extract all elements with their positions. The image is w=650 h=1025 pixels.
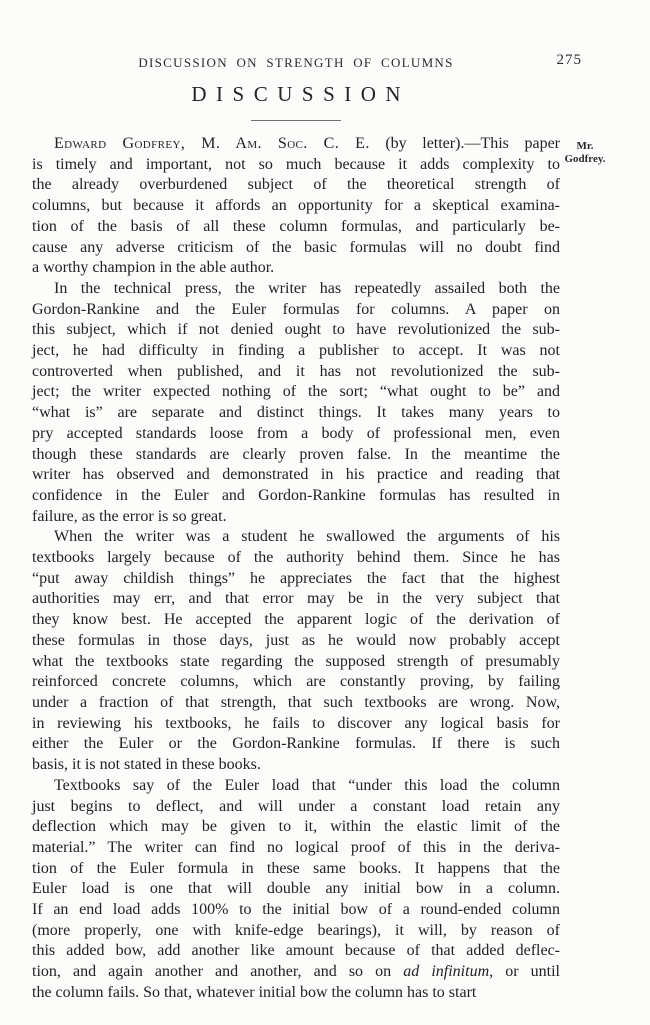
paragraph: Edward Godfrey, M. Am. Soc. C. E. (by le… [32,134,560,279]
text-line: just begins to deflect, and will under a… [32,797,560,818]
text-segment: in reviewing his textbooks, he fails to … [32,715,560,732]
text-line: Textbooks say of the Euler load that “un… [32,776,560,797]
text-segment: or until [493,963,560,980]
text-segment: pry accepted standards loose from a body… [32,425,560,442]
title-rule [251,120,341,121]
text-segment: textbooks largely because of the authori… [32,549,560,566]
text-line: tion of the Euler formula in these same … [32,859,560,880]
margin-note-line-2: Godfrey. [563,153,607,166]
text-segment: ject; the writer expected nothing of the… [32,383,560,400]
paragraph: Textbooks say of the Euler load that “un… [32,776,560,1004]
text-segment: Textbooks say of the Euler load that “un… [54,777,560,794]
text-segment: tion of the basis of all these column fo… [32,218,560,235]
text-segment: is timely and important, not so much bec… [32,156,560,173]
text-segment: confidence in the Euler and Gordon-Ranki… [32,487,560,504]
text-line: “what is” are separate and distinct thin… [32,403,560,424]
text-segment: basis, it is not stated in these books. [32,756,261,773]
text-segment: deflection which may be given to it, wit… [32,818,560,835]
text-segment: “what is” are separate and distinct thin… [32,404,560,421]
text-segment: just begins to deflect, and will under a… [32,798,560,815]
text-line: controverted when published, and it has … [32,362,560,383]
text-line: material.” The writer can find no logica… [32,838,560,859]
paragraph: In the technical press, the writer has r… [32,279,560,527]
text-line: Euler load is one that will double any i… [32,879,560,900]
text-segment: tion of the Euler formula in these same … [32,860,560,877]
text-line: these formulas in those days, just as he… [32,631,560,652]
text-segment: When the writer was a student he swallow… [54,528,560,545]
text-line: under a fraction of that strength, that … [32,693,560,714]
text-line: ject; the writer expected nothing of the… [32,382,560,403]
text-line: When the writer was a student he swallow… [32,527,560,548]
text-segment: In the technical press, the writer has r… [54,280,560,297]
text-line: what the textbooks state regarding the s… [32,652,560,673]
text-segment: the column fails. So that, whatever init… [32,984,476,1001]
book-page: 275 Mr. Godfrey. DISCUSSION ON STRENGTH … [0,0,650,1025]
text-line: Gordon-Rankine and the Euler formulas fo… [32,300,560,321]
text-segment: authorities may err, and that error may … [32,590,560,607]
text-segment: reinforced concrete columns, which are c… [32,673,560,690]
text-segment: though these standards are clearly prove… [32,446,560,463]
text-segment: either the Euler or the Gordon-Rankine f… [32,735,560,752]
text-segment: (by letter).—This paper [370,135,560,152]
text-line: though these standards are clearly prove… [32,445,560,466]
text-segment: tion, and again another and another, and… [32,963,403,980]
text-line: tion, and again another and another, and… [32,962,560,983]
text-segment: the already overburdened subject of the … [32,176,560,193]
section-title: DISCUSSION [32,82,560,107]
text-line: is timely and important, not so much bec… [32,155,560,176]
text-segment: (more properly, one with knife-edge bear… [32,922,560,939]
text-line: this added bow, add another like amount … [32,941,560,962]
text-segment: Euler load is one that will double any i… [32,880,560,897]
text-line: pry accepted standards loose from a body… [32,424,560,445]
running-header: DISCUSSION ON STRENGTH OF COLUMNS [32,55,560,71]
body-text: Edward Godfrey, M. Am. Soc. C. E. (by le… [32,134,560,1004]
text-segment: ad infinitum, [403,963,493,980]
text-line: a worthy champion in the able author. [32,258,560,279]
text-line: Edward Godfrey, M. Am. Soc. C. E. (by le… [32,134,560,155]
text-line: this subject, which if not denied ought … [32,320,560,341]
text-segment: Gordon-Rankine and the Euler formulas fo… [32,301,560,318]
text-line: columns, but because it affords an oppor… [32,196,560,217]
text-segment: this added bow, add another like amount … [32,942,560,959]
text-line: the already overburdened subject of the … [32,175,560,196]
text-segment: writer has observed and demonstrated in … [32,466,560,483]
text-segment: under a fraction of that strength, that … [32,694,560,711]
text-line: If an end load adds 100% to the initial … [32,900,560,921]
text-line: writer has observed and demonstrated in … [32,465,560,486]
text-line: ject, he had difficulty in finding a pub… [32,341,560,362]
text-segment: cause any adverse criticism of the basic… [32,239,560,256]
text-segment: ject, he had difficulty in finding a pub… [32,342,560,359]
text-segment: If an end load adds 100% to the initial … [32,901,560,918]
text-segment: this subject, which if not denied ought … [32,321,560,338]
text-line: textbooks largely because of the authori… [32,548,560,569]
text-line: (more properly, one with knife-edge bear… [32,921,560,942]
margin-note-line-1: Mr. [563,140,607,153]
text-line: basis, it is not stated in these books. [32,755,560,776]
text-line: confidence in the Euler and Gordon-Ranki… [32,486,560,507]
text-line: in reviewing his textbooks, he fails to … [32,714,560,735]
text-line: failure, as the error is so great. [32,507,560,528]
text-column: DISCUSSION ON STRENGTH OF COLUMNS DISCUS… [32,0,560,1025]
text-segment: material.” The writer can find no logica… [32,839,560,856]
text-line: they know best. He accepted the apparent… [32,610,560,631]
text-segment: a worthy champion in the able author. [32,259,274,276]
text-segment: columns, but because it affords an oppor… [32,197,560,214]
text-line: either the Euler or the Gordon-Rankine f… [32,734,560,755]
text-segment: controverted when published, and it has … [32,363,560,380]
text-segment: Edward Godfrey, M. Am. Soc. C. E. [54,135,370,152]
text-line: tion of the basis of all these column fo… [32,217,560,238]
margin-note: Mr. Godfrey. [563,140,607,165]
text-segment: they know best. He accepted the apparent… [32,611,560,628]
text-line: cause any adverse criticism of the basic… [32,238,560,259]
text-segment: “put away childish things” he appreciate… [32,570,560,587]
text-line: the column fails. So that, whatever init… [32,983,560,1004]
text-line: deflection which may be given to it, wit… [32,817,560,838]
text-segment: these formulas in those days, just as he… [32,632,560,649]
text-segment: what the textbooks state regarding the s… [32,653,560,670]
text-line: In the technical press, the writer has r… [32,279,560,300]
paragraph: When the writer was a student he swallow… [32,527,560,775]
text-line: authorities may err, and that error may … [32,589,560,610]
text-line: reinforced concrete columns, which are c… [32,672,560,693]
page-number: 275 [557,52,583,69]
text-segment: failure, as the error is so great. [32,508,227,525]
text-line: “put away childish things” he appreciate… [32,569,560,590]
